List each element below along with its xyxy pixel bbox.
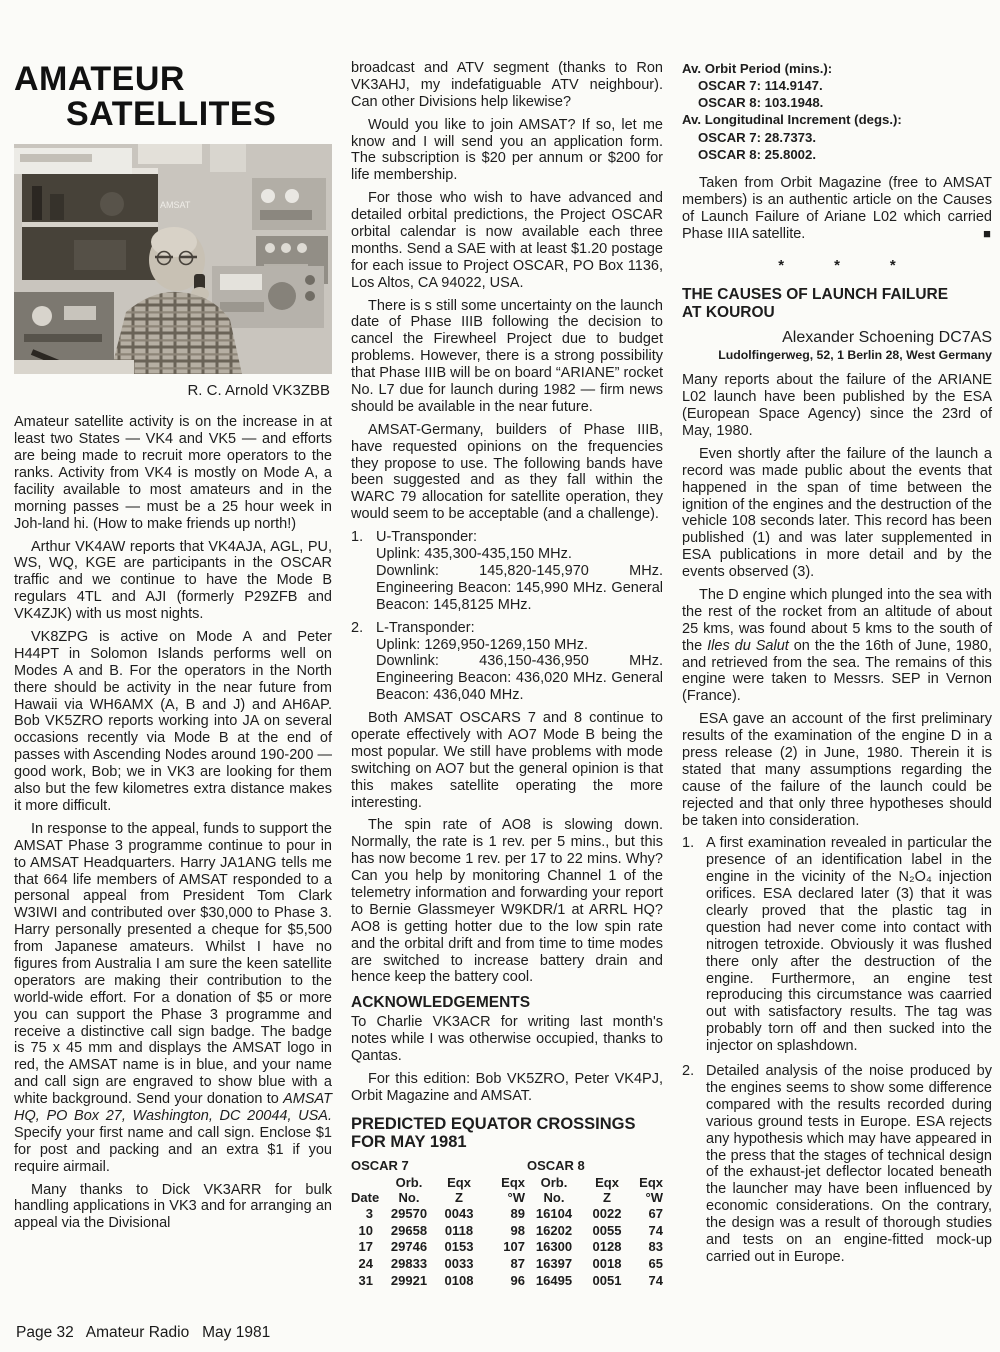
- transponder-title: L-Transponder:: [376, 620, 663, 637]
- header-cell: Orb.: [525, 1175, 583, 1190]
- left-column: AMATEUR SATELLITES: [14, 0, 332, 1290]
- paragraph: AMSAT-Germany, builders of Phase IIIB, h…: [351, 422, 663, 523]
- cell-eqx-z: 0043: [435, 1206, 483, 1223]
- page-footer: Page 32 Amateur Radio May 1981: [16, 1324, 270, 1342]
- cell-eqx-w: 89: [483, 1206, 525, 1223]
- transponder-downlink: Downlink: 436,150-436,950 MHz. Engineeri…: [376, 653, 663, 704]
- cell-eqx-z: 0108: [435, 1273, 483, 1290]
- cell-orbit: 29921: [383, 1273, 435, 1290]
- paragraph: For this edition: Bob VK5ZRO, Peter VK4P…: [351, 1071, 663, 1105]
- paragraph: The spin rate of AO8 is slowing down. No…: [351, 817, 663, 986]
- header-cell: Eqx: [483, 1175, 525, 1190]
- transponder-title: U-Transponder:: [376, 529, 663, 546]
- middle-column: broadcast and ATV segment (thanks to Ron…: [351, 0, 663, 1290]
- hypothesis-text: Detailed analysis of the noise produced …: [706, 1063, 992, 1266]
- paragraph-text: In response to the appeal, funds to supp…: [14, 821, 332, 1107]
- paragraph: VK8ZPG is active on Mode A and Peter H44…: [14, 629, 332, 815]
- paragraph-text: Taken from Orbit Magazine (free to AMSAT…: [682, 175, 992, 242]
- cell-date: 10: [351, 1223, 383, 1240]
- cell-eqx-z: 0033: [435, 1256, 483, 1273]
- iles-du-salut-italic: Iles du Salut: [707, 638, 789, 654]
- table-row: 10 29658 0118 98 16202 0055 74: [351, 1223, 663, 1240]
- right-column: Av. Orbit Period (mins.): OSCAR 7: 114.9…: [682, 0, 992, 1290]
- orbit-data-line: Av. Orbit Period (mins.):: [682, 60, 992, 77]
- header-cell: No.: [525, 1190, 583, 1205]
- column-layout: AMATEUR SATELLITES: [14, 0, 992, 1290]
- orbit-data-line: OSCAR 7: 28.7373.: [682, 129, 992, 146]
- cell-eqx-z: 0055: [583, 1223, 631, 1240]
- transponder-item-l: 2. L-Transponder: Uplink: 1269,950-1269,…: [351, 620, 663, 704]
- cell-orbit: 16202: [525, 1223, 583, 1240]
- header-cell: No.: [383, 1190, 435, 1205]
- oscar8-group-header: OSCAR 8: [527, 1158, 663, 1173]
- cell-eqx-z: 0018: [583, 1256, 631, 1273]
- photo-caption: R. C. Arnold VK3ZBB: [14, 382, 332, 399]
- paragraph: Taken from Orbit Magazine (free to AMSAT…: [682, 175, 992, 243]
- cell-eqx-z: 0118: [435, 1223, 483, 1240]
- table-row: 24 29833 0033 87 16397 0018 65: [351, 1256, 663, 1273]
- orbit-data-line: Av. Longitudinal Increment (degs.):: [682, 111, 992, 128]
- paragraph: Arthur VK4AW reports that VK4AJA, AGL, P…: [14, 539, 332, 623]
- article-byline: Alexander Schoening DC7AS: [682, 329, 992, 347]
- paragraph: Both AMSAT OSCARS 7 and 8 continue to op…: [351, 710, 663, 811]
- paragraph: In response to the appeal, funds to supp…: [14, 821, 332, 1176]
- table-header-row-1: Orb. Eqx Eqx Orb. Eqx Eqx: [351, 1175, 663, 1190]
- cell-eqx-w: 98: [483, 1223, 525, 1240]
- cell-eqx-w: 107: [483, 1239, 525, 1256]
- paragraph: ESA gave an account of the first prelimi…: [682, 711, 992, 829]
- cell-orbit: 29570: [383, 1206, 435, 1223]
- cell-eqx-w: 96: [483, 1273, 525, 1290]
- paragraph: broadcast and ATV segment (thanks to Ron…: [351, 60, 663, 111]
- hypothesis-item: 1. A first examination revealed in parti…: [682, 835, 992, 1055]
- section-separator: * * *: [682, 257, 992, 274]
- paragraph: There is s still some uncertainty on the…: [351, 298, 663, 416]
- cell-eqx-w: 74: [631, 1273, 663, 1290]
- paragraph: Many reports about the failure of the AR…: [682, 372, 992, 440]
- header-cell: Z: [583, 1190, 631, 1205]
- header-cell: Date: [351, 1190, 383, 1205]
- station-photo: AMSAT: [14, 144, 332, 374]
- paragraph: Many thanks to Dick VK3ARR for bulk hand…: [14, 1182, 332, 1233]
- cell-eqx-w: 83: [631, 1239, 663, 1256]
- acknowledgements-heading: ACKNOWLEDGEMENTS: [351, 994, 663, 1012]
- cell-orbit: 16495: [525, 1273, 583, 1290]
- photo-illustration: AMSAT: [14, 144, 332, 374]
- cell-date: 17: [351, 1239, 383, 1256]
- article-heading: THE CAUSES OF LAUNCH FAILURE AT KOUROU: [682, 286, 992, 324]
- heading-line-2: FOR MAY 1981: [351, 1133, 663, 1151]
- list-number: 1.: [351, 529, 376, 613]
- list-number: 2.: [351, 620, 376, 704]
- table-row: 17 29746 0153 107 16300 0128 83: [351, 1239, 663, 1256]
- hypothesis-item: 2. Detailed analysis of the noise produc…: [682, 1063, 992, 1266]
- header-cell: Orb.: [383, 1175, 435, 1190]
- cell-orbit: 16300: [525, 1239, 583, 1256]
- cell-orbit: 29746: [383, 1239, 435, 1256]
- heading-line-1: PREDICTED EQUATOR CROSSINGS: [351, 1115, 663, 1133]
- equator-crossings-table: OSCAR 7 OSCAR 8 Orb. Eqx Eqx Orb. Eqx Eq…: [351, 1158, 663, 1290]
- header-cell: Eqx: [435, 1175, 483, 1190]
- cell-eqx-w: 65: [631, 1256, 663, 1273]
- cell-date: 24: [351, 1256, 383, 1273]
- photo-sign-amsat: AMSAT: [160, 200, 191, 210]
- orbit-data-line: OSCAR 8: 103.1948.: [682, 94, 992, 111]
- table-header-row-2: Date No. Z °W No. Z °W: [351, 1190, 663, 1205]
- table-row: 3 29570 0043 89 16104 0022 67: [351, 1206, 663, 1223]
- cell-eqx-w: 67: [631, 1206, 663, 1223]
- title-line-1: AMATEUR: [14, 62, 332, 97]
- hypothesis-text: A first examination revealed in particul…: [706, 835, 992, 1055]
- header-cell: °W: [483, 1190, 525, 1205]
- heading-line-1: THE CAUSES OF LAUNCH FAILURE: [682, 286, 992, 305]
- cell-eqx-z: 0022: [583, 1206, 631, 1223]
- transponder-uplink: Uplink: 1269,950-1269,150 MHz.: [376, 637, 663, 654]
- paragraph: For those who wish to have advanced and …: [351, 190, 663, 291]
- header-cell: °W: [631, 1190, 663, 1205]
- heading-line-2: AT KOUROU: [682, 304, 992, 323]
- list-number: 1.: [682, 835, 706, 1055]
- cell-eqx-z: 0128: [583, 1239, 631, 1256]
- cell-eqx-z: 0153: [435, 1239, 483, 1256]
- cell-date: 31: [351, 1273, 383, 1290]
- cell-orbit: 29833: [383, 1256, 435, 1273]
- transponder-uplink: Uplink: 435,300-435,150 MHz.: [376, 546, 663, 563]
- orbit-period-data: Av. Orbit Period (mins.): OSCAR 7: 114.9…: [682, 60, 992, 163]
- title-line-2: SATELLITES: [66, 97, 332, 132]
- paragraph-text: Specify your first name and call sign. E…: [14, 1125, 332, 1175]
- transponder-item-u: 1. U-Transponder: Uplink: 435,300-435,15…: [351, 529, 663, 613]
- equator-crossings-heading: PREDICTED EQUATOR CROSSINGS FOR MAY 1981: [351, 1115, 663, 1152]
- magazine-page: AMATEUR SATELLITES: [0, 0, 1000, 1352]
- header-cell: [351, 1175, 383, 1190]
- cell-date: 3: [351, 1206, 383, 1223]
- oscar7-group-header: OSCAR 7: [351, 1158, 527, 1173]
- cell-orbit: 29658: [383, 1223, 435, 1240]
- header-cell: Eqx: [583, 1175, 631, 1190]
- cell-eqx-w: 87: [483, 1256, 525, 1273]
- orbit-data-line: OSCAR 7: 114.9147.: [682, 77, 992, 94]
- orbit-data-line: OSCAR 8: 25.8002.: [682, 146, 992, 163]
- list-number: 2.: [682, 1063, 706, 1266]
- magazine-title: AMATEUR SATELLITES: [14, 62, 332, 131]
- paragraph: Would you like to join AMSAT? If so, let…: [351, 117, 663, 185]
- cell-orbit: 16104: [525, 1206, 583, 1223]
- header-cell: Eqx: [631, 1175, 663, 1190]
- cell-eqx-z: 0051: [583, 1273, 631, 1290]
- article-author-address: Ludolfingerweg, 52, 1 Berlin 28, West Ge…: [682, 348, 992, 362]
- table-row: 31 29921 0108 96 16495 0051 74: [351, 1273, 663, 1290]
- paragraph: Even shortly after the failure of the la…: [682, 446, 992, 581]
- header-cell: Z: [435, 1190, 483, 1205]
- paragraph: Amateur satellite activity is on the inc…: [14, 414, 332, 532]
- cell-orbit: 16397: [525, 1256, 583, 1273]
- transponder-downlink: Downlink: 145,820-145,970 MHz. Engineeri…: [376, 563, 663, 614]
- paragraph: The D engine which plunged into the sea …: [682, 587, 992, 705]
- table-group-header: OSCAR 7 OSCAR 8: [351, 1158, 663, 1173]
- end-of-article-marker: ■: [966, 226, 991, 241]
- paragraph: To Charlie VK3ACR for writing last month…: [351, 1014, 663, 1065]
- cell-eqx-w: 74: [631, 1223, 663, 1240]
